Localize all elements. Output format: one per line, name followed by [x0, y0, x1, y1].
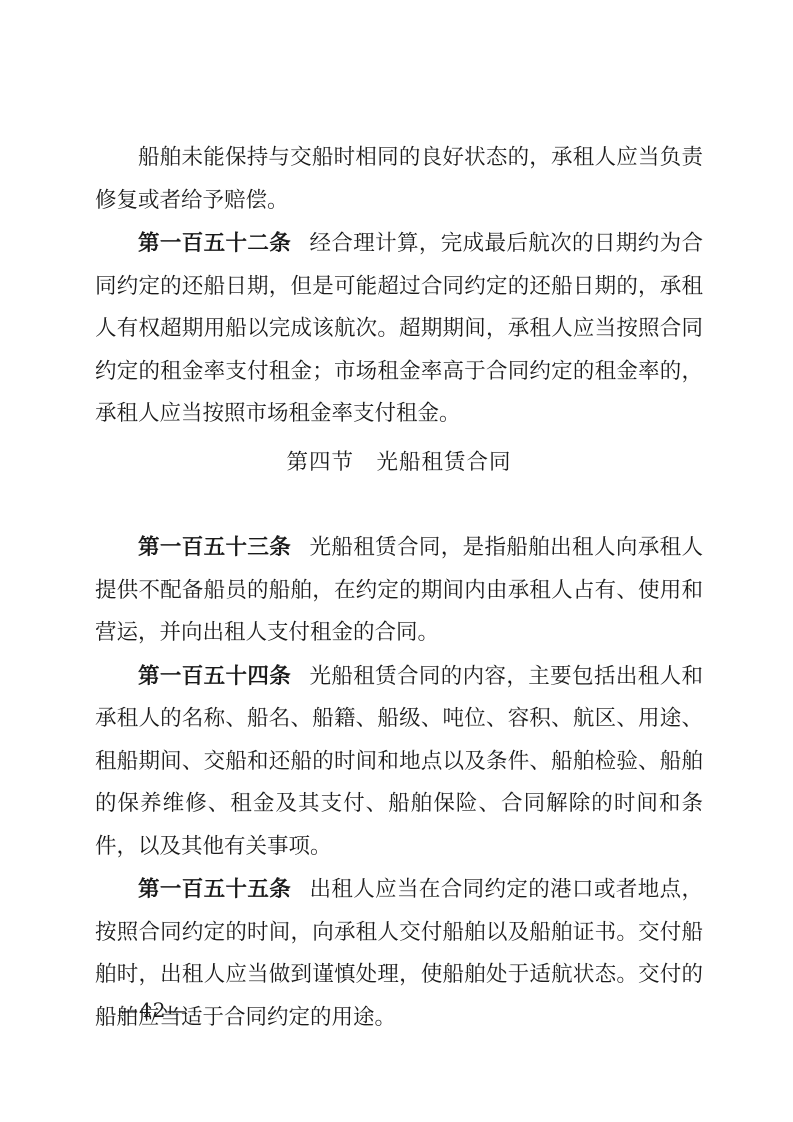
paragraph-text: 光船租赁合同的内容，主要包括出租人和承租人的名称、船名、船籍、船级、吨位、容积、… [95, 664, 703, 859]
paragraph-continuation: 船舶未能保持与交船时相同的良好状态的，承租人应当负责修复或者给予赔偿。 [95, 137, 703, 222]
article-number-154: 第一百五十四条 [138, 664, 291, 688]
article-number-153: 第一百五十三条 [138, 535, 291, 559]
paragraph-text: 经合理计算，完成最后航次的日期约为合同约定的还船日期，但是可能超过合同约定的还船… [95, 231, 703, 426]
page-number: —42— [118, 998, 187, 1022]
paragraph-text: 船舶未能保持与交船时相同的良好状态的，承租人应当负责修复或者给予赔偿。 [95, 145, 703, 213]
paragraph-article-152: 第一百五十二条经合理计算，完成最后航次的日期约为合同约定的还船日期，但是可能超过… [95, 222, 703, 436]
page-footer: —42— [118, 994, 187, 1026]
section-heading: 第四节 光船租赁合同 [95, 442, 703, 485]
article-number-155: 第一百五十五条 [138, 877, 291, 901]
paragraph-article-153: 第一百五十三条光船租赁合同，是指船舶出租人向承租人提供不配备船员的船舶，在约定的… [95, 526, 703, 655]
document-body: 船舶未能保持与交船时相同的良好状态的，承租人应当负责修复或者给予赔偿。 第一百五… [95, 137, 703, 1039]
article-number-152: 第一百五十二条 [138, 231, 291, 255]
document-page: 船舶未能保持与交船时相同的良好状态的，承租人应当负责修复或者给予赔偿。 第一百五… [0, 0, 793, 1122]
paragraph-article-154: 第一百五十四条光船租赁合同的内容，主要包括出租人和承租人的名称、船名、船籍、船级… [95, 655, 703, 869]
